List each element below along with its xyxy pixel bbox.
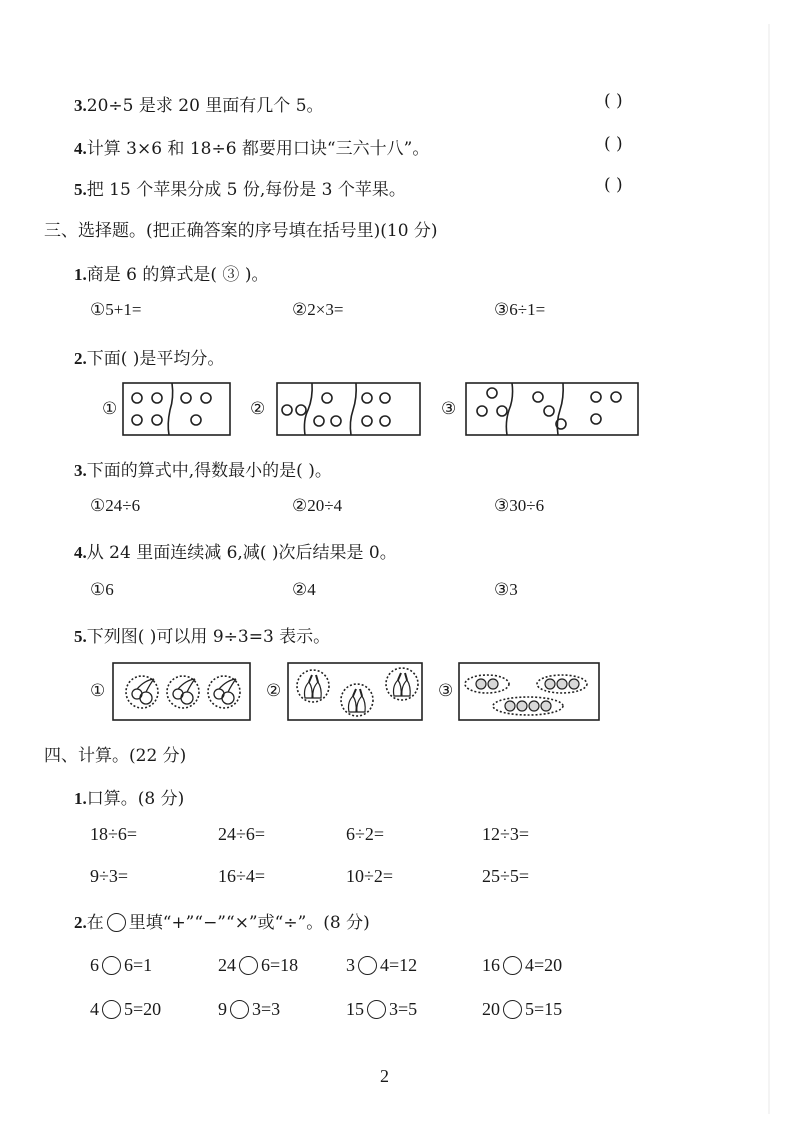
mc5-figure-2-pears bbox=[288, 663, 422, 720]
operator-blank[interactable] bbox=[358, 956, 377, 975]
calc-question-2: 2.在里填“+”“−”“×”或“÷”。(8 分) bbox=[74, 908, 370, 933]
oral-calc-4[interactable]: 12÷3= bbox=[482, 824, 529, 845]
section-4-title: 四、计算。(22 分) bbox=[44, 741, 186, 766]
oral-calc-5[interactable]: 9÷3= bbox=[90, 866, 128, 887]
mc2-figure-2 bbox=[277, 383, 420, 435]
oral-calc-8[interactable]: 25÷5= bbox=[482, 866, 529, 887]
operator-fill-2: 246=18 bbox=[218, 955, 298, 976]
operator-blank[interactable] bbox=[503, 956, 522, 975]
mc5-figure-label-1: ① bbox=[90, 681, 105, 701]
operator-fill-4: 164=20 bbox=[482, 955, 562, 976]
operator-blank[interactable] bbox=[102, 1000, 121, 1019]
mc3-option-1: ①24÷6 bbox=[90, 496, 140, 516]
mc4-option-3: ③3 bbox=[494, 580, 518, 600]
mc2-figure-1 bbox=[123, 383, 230, 435]
mc5-figure-label-3: ③ bbox=[438, 681, 453, 701]
oral-calc-6[interactable]: 16÷4= bbox=[218, 866, 265, 887]
operator-fill-8: 205=15 bbox=[482, 999, 562, 1020]
mc3-option-2: ②20÷4 bbox=[292, 496, 342, 516]
calc-question-1: 1.口算。(8 分) bbox=[74, 784, 184, 809]
mc5-figure-label-2: ② bbox=[266, 681, 281, 701]
operator-fill-6: 93=3 bbox=[218, 999, 280, 1020]
operator-blank[interactable] bbox=[503, 1000, 522, 1019]
mc-question-3: 3.下面的算式中,得数最小的是( )。 bbox=[74, 456, 332, 481]
operator-blank[interactable] bbox=[102, 956, 121, 975]
oral-calc-2[interactable]: 24÷6= bbox=[218, 824, 265, 845]
operator-fill-3: 34=12 bbox=[346, 955, 417, 976]
operator-fill-5: 45=20 bbox=[90, 999, 161, 1020]
operator-blank[interactable] bbox=[230, 1000, 249, 1019]
operator-blank[interactable] bbox=[367, 1000, 386, 1019]
mc-question-4: 4.从 24 里面连续减 6,减( )次后结果是 0。 bbox=[74, 538, 397, 563]
oral-calc-7[interactable]: 10÷2= bbox=[346, 866, 393, 887]
mc-question-5: 5.下列图( )可以用 9÷3=3 表示。 bbox=[74, 622, 330, 647]
oral-calc-3[interactable]: 6÷2= bbox=[346, 824, 384, 845]
mc5-figure-1-cherries bbox=[113, 663, 250, 720]
mc3-option-3: ③30÷6 bbox=[494, 496, 544, 516]
mc2-figure-3 bbox=[466, 383, 638, 435]
operator-blank[interactable] bbox=[239, 956, 258, 975]
mc5-figure-3-apples bbox=[459, 663, 599, 720]
mc4-option-2: ②4 bbox=[292, 580, 316, 600]
page-number: 2 bbox=[380, 1066, 389, 1087]
operator-fill-1: 66=1 bbox=[90, 955, 152, 976]
operator-fill-7: 153=5 bbox=[346, 999, 417, 1020]
oral-calc-1[interactable]: 18÷6= bbox=[90, 824, 137, 845]
mc4-option-1: ①6 bbox=[90, 580, 114, 600]
operator-circle-icon bbox=[107, 913, 126, 932]
